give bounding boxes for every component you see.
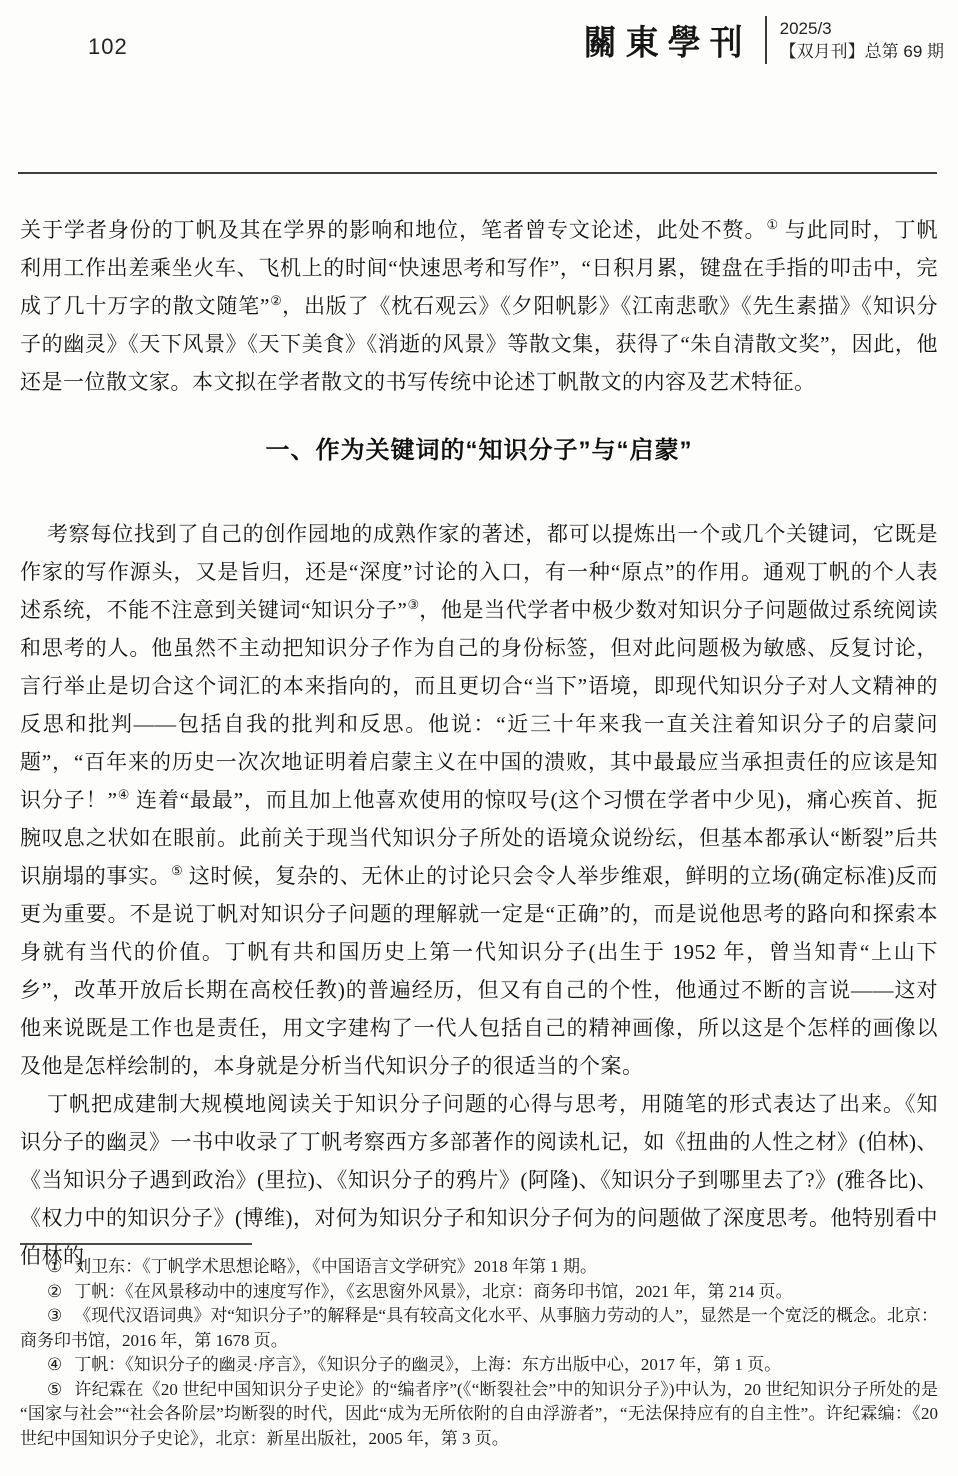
issue-number: 2025/3 <box>780 17 944 40</box>
paragraph-continuation: 关于学者身份的丁帆及其在学界的影响和地位，笔者曾专文论述，此处不赘。① 与此同时… <box>20 211 938 401</box>
footnote-list: ①刘卫东：《丁帆学术思想论略》，《中国语言文学研究》2018 年第 1 期。②丁… <box>20 1255 938 1451</box>
footnote-item: ④丁帆：《知识分子的幽灵·序言》，《知识分子的幽灵》，上海：东方出版中心，201… <box>20 1353 938 1378</box>
footnote-marker: ③ <box>47 1306 62 1325</box>
footnote-separator <box>20 1243 252 1245</box>
footnote-marker: ④ <box>47 1355 62 1374</box>
footnote-text: 丁帆：《知识分子的幽灵·序言》，《知识分子的幽灵》，上海：东方出版中心，2017… <box>74 1355 781 1374</box>
masthead-divider <box>765 16 767 64</box>
footnote-text: 刘卫东：《丁帆学术思想论略》，《中国语言文学研究》2018 年第 1 期。 <box>74 1257 597 1276</box>
footnote-item: ①刘卫东：《丁帆学术思想论略》，《中国语言文学研究》2018 年第 1 期。 <box>20 1255 938 1280</box>
footnote-reference: ② <box>270 293 282 308</box>
header-rule <box>18 172 937 174</box>
footnote-reference: ④ <box>117 787 129 802</box>
footnotes-section: ①刘卫东：《丁帆学术思想论略》，《中国语言文学研究》2018 年第 1 期。②丁… <box>20 1243 938 1451</box>
footnote-reference: ① <box>766 217 778 232</box>
page-number: 102 <box>88 34 128 60</box>
footnote-text: 丁帆：《在风景移动中的速度写作》，《玄思窗外风景》，北京：商务印书馆，2021 … <box>74 1282 792 1301</box>
issue-info: 2025/3 【双月刊】总第 69 期 <box>780 17 944 63</box>
volume-info: 【双月刊】总第 69 期 <box>780 40 944 63</box>
footnote-item: ⑤许纪霖在《20 世纪中国知识分子史论》的“编者序”(《“断裂社会”中的知识分子… <box>20 1378 938 1452</box>
footnote-item: ③《现代汉语词典》对“知识分子”的解释是“具有较高文化水平、从事脑力劳动的人”，… <box>20 1304 938 1353</box>
footnote-text: 《现代汉语词典》对“知识分子”的解释是“具有较高文化水平、从事脑力劳动的人”，显… <box>20 1306 938 1350</box>
footnote-item: ②丁帆：《在风景移动中的速度写作》，《玄思窗外风景》，北京：商务印书馆，2021… <box>20 1280 938 1305</box>
masthead: 關東學刊 2025/3 【双月刊】总第 69 期 <box>584 16 944 64</box>
footnote-reference: ③ <box>407 597 419 612</box>
journal-page: 102 關東學刊 2025/3 【双月刊】总第 69 期 关于学者身份的丁帆及其… <box>0 0 958 1476</box>
footnote-marker: ⑤ <box>47 1380 63 1399</box>
footnote-marker: ② <box>47 1282 62 1301</box>
paragraph: 考察每位找到了自己的创作园地的成熟作家的著述，都可以提炼出一个或几个关键词，它既… <box>20 515 938 1085</box>
footnote-marker: ① <box>47 1257 62 1276</box>
journal-title-calligraphy: 關東學刊 <box>584 15 752 64</box>
footnote-text: 许纪霖在《20 世纪中国知识分子史论》的“编者序”(《“断裂社会”中的知识分子》… <box>20 1380 938 1448</box>
section-heading: 一、作为关键词的“知识分子”与“启蒙” <box>20 433 938 469</box>
footnote-reference: ⑤ <box>171 863 183 878</box>
article-body: 关于学者身份的丁帆及其在学界的影响和地位，笔者曾专文论述，此处不赘。① 与此同时… <box>20 211 938 1275</box>
